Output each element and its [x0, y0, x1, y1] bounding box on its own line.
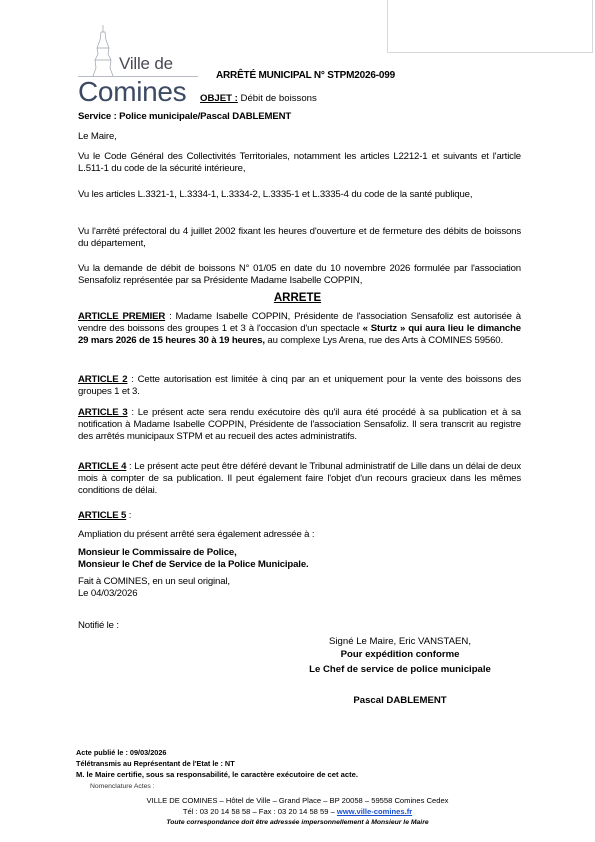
- article-1: ARTICLE PREMIER : Madame Isabelle COPPIN…: [78, 311, 521, 347]
- fait-a: Fait à COMINES, en un seul original,: [78, 576, 521, 588]
- objet-line: OBJET : Débit de boissons: [200, 93, 317, 104]
- considerant-1: Vu le Code Général des Collectivités Ter…: [78, 151, 521, 175]
- intro-le-maire: Le Maire,: [78, 131, 521, 143]
- ville-de-comines-logo: Ville de Comines: [78, 24, 198, 110]
- article-5-text: :: [126, 510, 131, 521]
- arrete-heading: ARRETE: [0, 292, 595, 304]
- stamp-box: [387, 0, 593, 53]
- signature-name: Pascal DABLEMENT: [290, 694, 510, 707]
- article-4-text: : Le présent acte peut être déféré devan…: [78, 461, 521, 496]
- article-4: ARTICLE 4 : Le présent acte peut être dé…: [78, 461, 521, 497]
- recipient-1: Monsieur le Commissaire de Police,: [78, 547, 521, 559]
- church-spire-icon: [86, 24, 120, 80]
- nomenclature: Nomenclature Actes :: [90, 782, 155, 792]
- logo-comines: Comines: [78, 76, 186, 108]
- considerant-2: Vu les articles L.3321-1, L.3334-1, L.33…: [78, 189, 521, 201]
- article-4-label: ARTICLE 4: [78, 461, 126, 472]
- logo-ville-de: Ville de: [119, 54, 173, 74]
- footer-contact: Tél : 03 20 14 58 58 – Fax : 03 20 14 58…: [0, 807, 595, 818]
- article-3-text: : Le présent acte sera rendu exécutoire …: [78, 407, 521, 442]
- article-3-label: ARTICLE 3: [78, 407, 128, 418]
- objet-label: OBJET :: [200, 93, 238, 104]
- acte-publie: Acte publié le : 09/03/2026: [76, 748, 166, 758]
- signature-mayor: Signé Le Maire, Eric VANSTAEN,: [290, 635, 510, 648]
- article-2-text: : Cette autorisation est limitée à cinq …: [78, 374, 521, 397]
- considerant-3: Vu l'arrêté préfectoral du 4 juillet 200…: [78, 226, 521, 250]
- article-5: ARTICLE 5 :: [78, 510, 521, 522]
- document-title: ARRÊTÉ MUNICIPAL N° STPM2026-099: [216, 70, 395, 81]
- website-link[interactable]: www.ville-comines.fr: [337, 807, 412, 816]
- footer-phone: Tél : 03 20 14 58 58 – Fax : 03 20 14 58…: [183, 807, 337, 816]
- signature-chef-service: Le Chef de service de police municipale: [270, 663, 530, 676]
- article-1-location: au complexe Lys Arena, rue des Arts à CO…: [265, 335, 503, 346]
- signature-expedition: Pour expédition conforme: [290, 648, 510, 661]
- ampliation: Ampliation du présent arrêté sera égalem…: [78, 529, 521, 541]
- recipient-2: Monsieur le Chef de Service de la Police…: [78, 559, 521, 571]
- footer-note: Toute correspondance doit être adressée …: [0, 818, 595, 829]
- date-signature: Le 04/03/2026: [78, 588, 521, 600]
- footer-address: VILLE DE COMINES – Hôtel de Ville – Gran…: [0, 796, 595, 807]
- teletransmis: Télétransmis au Représentant de l'Etat l…: [76, 759, 235, 769]
- article-2: ARTICLE 2 : Cette autorisation est limit…: [78, 374, 521, 398]
- article-2-label: ARTICLE 2: [78, 374, 128, 385]
- notifie-le: Notifié le :: [78, 620, 521, 632]
- service-line: Service : Police municipale/Pascal DABLE…: [78, 111, 521, 123]
- article-5-label: ARTICLE 5: [78, 510, 126, 521]
- article-1-label: ARTICLE PREMIER: [78, 311, 165, 322]
- article-3: ARTICLE 3 : Le présent acte sera rendu e…: [78, 407, 521, 443]
- certification: M. le Maire certifie, sous sa responsabi…: [76, 770, 358, 780]
- objet-value: Débit de boissons: [238, 93, 317, 104]
- considerant-4: Vu la demande de débit de boissons N° 01…: [78, 263, 521, 287]
